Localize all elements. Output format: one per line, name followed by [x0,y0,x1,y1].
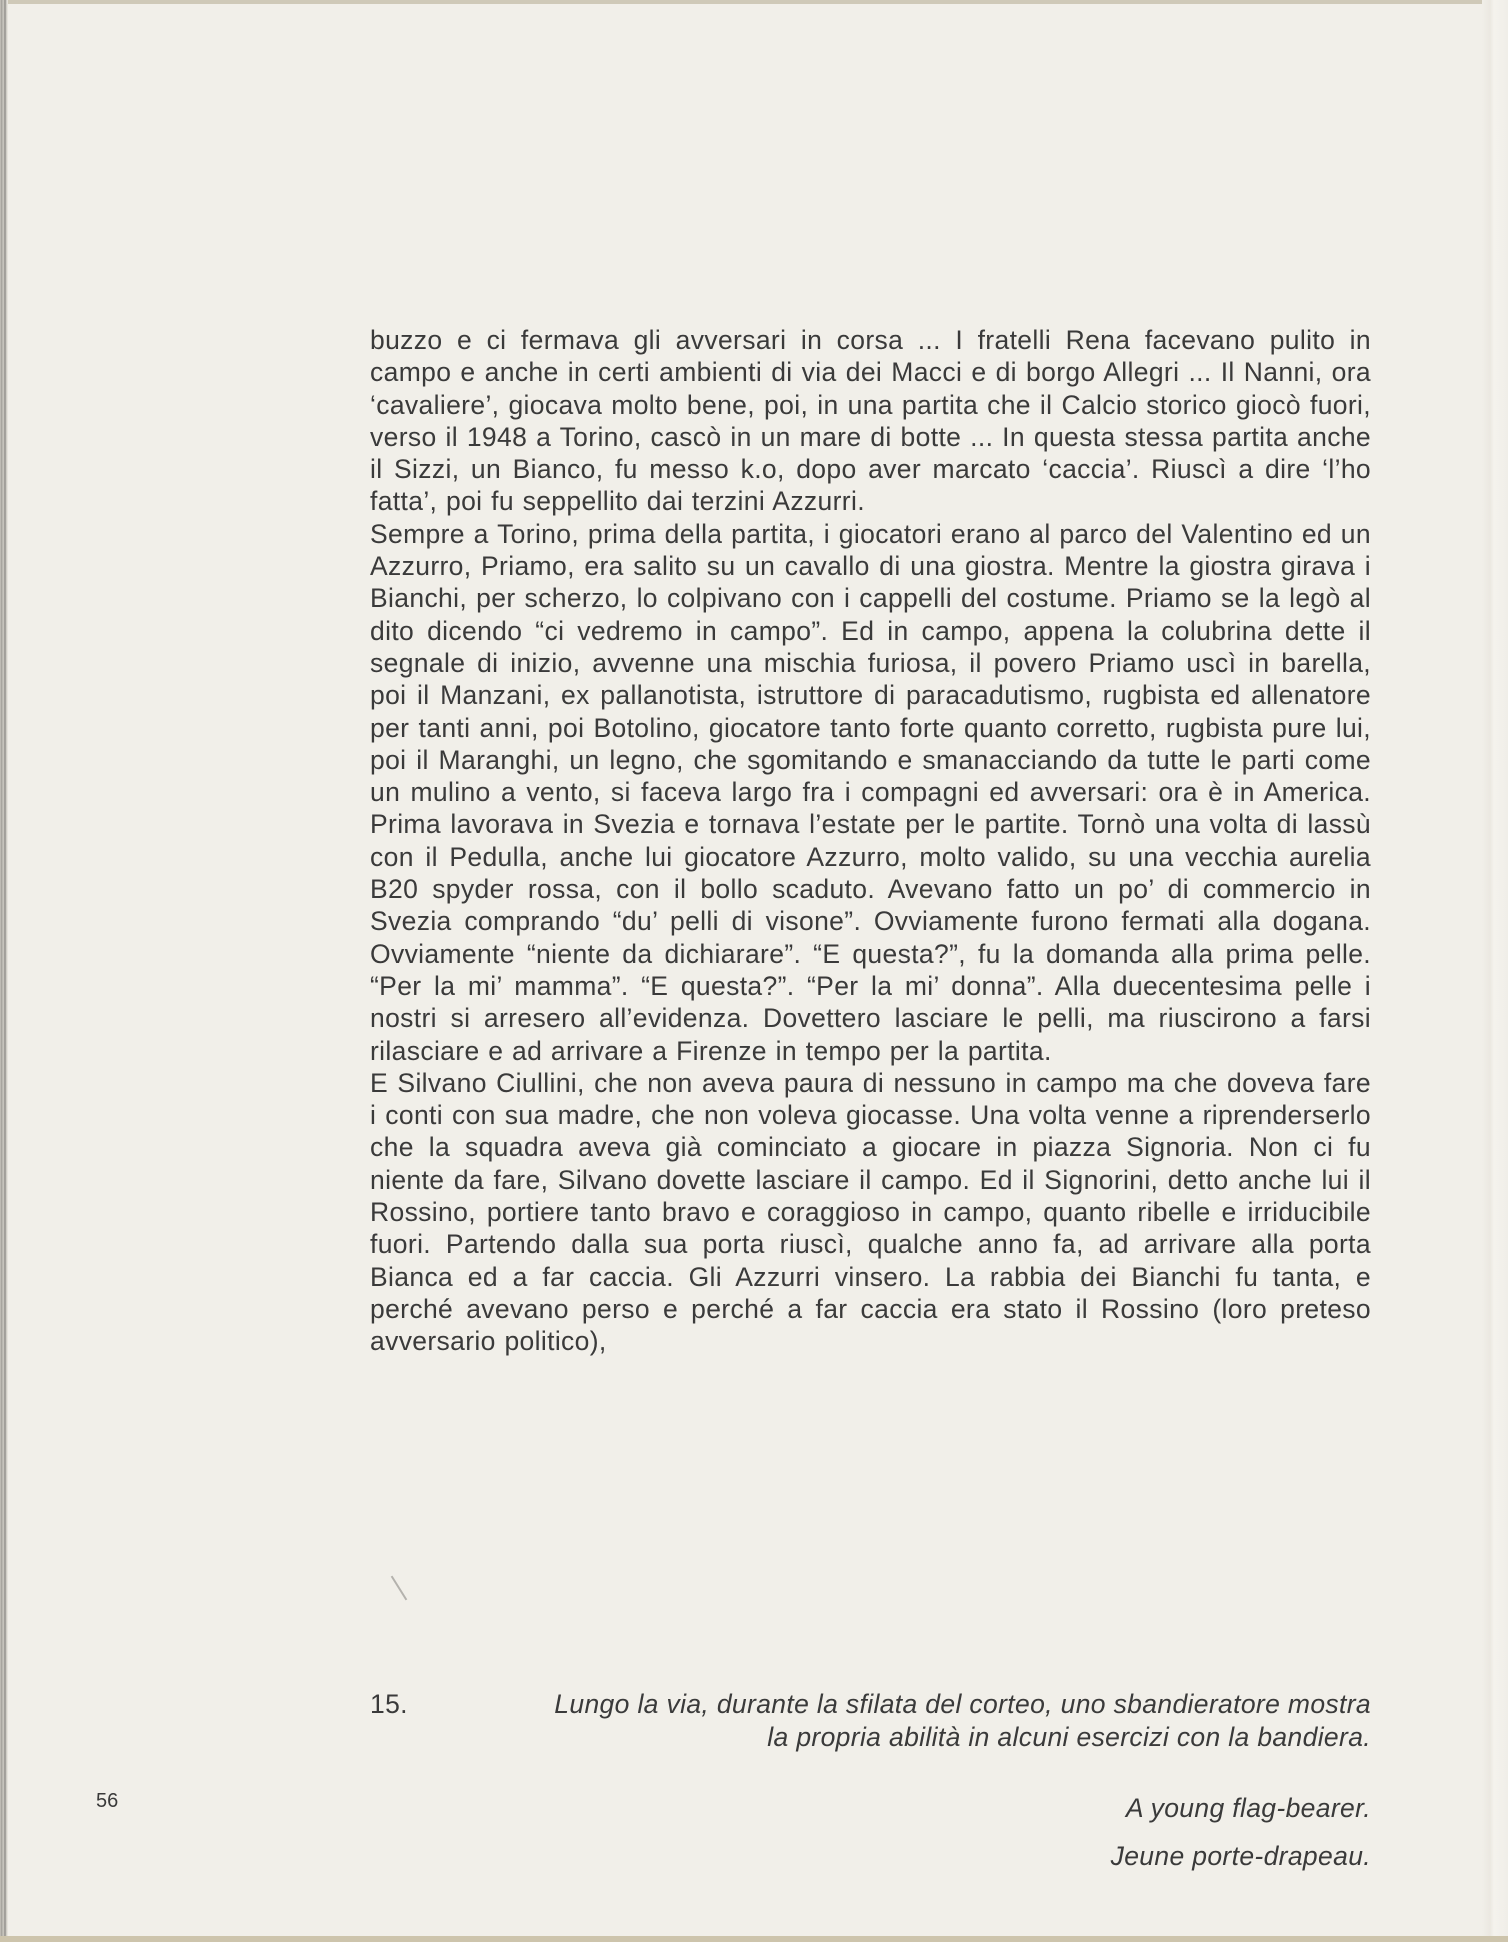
page-bottom-edge [0,1936,1508,1942]
body-text: buzzo e ci fermava gli avversari in cors… [370,324,1371,1358]
caption-first-line: 15. Lungo la via, durante la sfilata del… [370,1688,1371,1721]
caption-french: Jeune porte-drapeau. [1111,1840,1371,1873]
caption-number: 15. [370,1688,408,1721]
caption-italian-line-1: Lungo la via, durante la sfilata del cor… [554,1688,1371,1721]
page-left-edge [0,0,8,1942]
caption-italian-line-2: la propria abilità in alcuni esercizi co… [370,1721,1371,1754]
page-number: 56 [96,1790,118,1813]
paragraph: buzzo e ci fermava gli avversari in cors… [370,324,1371,518]
paragraph: E Silvano Ciullini, che non aveva paura … [370,1067,1371,1358]
caption-english: A young flag-bearer. [1126,1792,1371,1825]
page-gutter-shade [1482,0,1508,1942]
photo-caption: 15. Lungo la via, durante la sfilata del… [370,1688,1371,1754]
paragraph: Sempre a Torino, prima della partita, i … [370,518,1371,1067]
